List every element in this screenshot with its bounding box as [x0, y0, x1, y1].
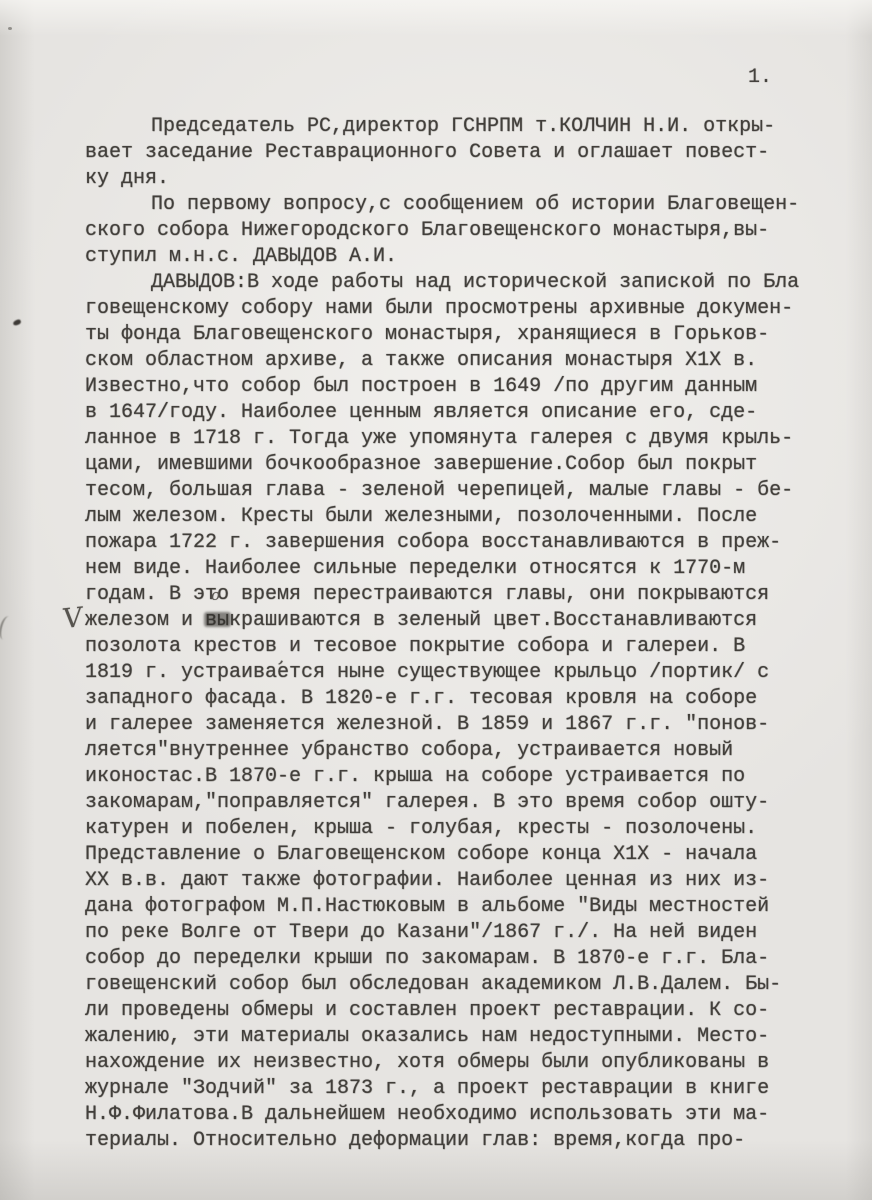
text-line: Н.Ф.Филатова.В дальнейшем необходимо исп… [85, 1102, 815, 1128]
text-line: иконостас.В 1870-е г.г. крыша на соборе … [85, 764, 815, 790]
text-block: Председатель РС,директор ГСНРПМ т.КОЛЧИН… [85, 114, 815, 1154]
text-line: Известно,что собор был построен в 1649 /… [85, 374, 815, 400]
text-line: 1819 г. устраивается ныне существующее к… [85, 660, 815, 686]
text-line: годам. В это время перестраиваются главы… [85, 582, 815, 608]
text-line: закомарам,"поправляется" галерея. В это … [85, 790, 815, 816]
text-line: западного фасада. В 1820-е г.г. тесовая … [85, 686, 815, 712]
text-line: ку дня. [85, 166, 815, 192]
text-line: Председатель РС,директор ГСНРПМ т.КОЛЧИН… [85, 114, 815, 140]
text-line: ДАВЫДОВ:В ходе работы над исторической з… [85, 270, 815, 296]
text-line: Представление о Благовещенском соборе ко… [85, 842, 815, 868]
text-line: вает заседание Реставрационного Совета и… [85, 140, 815, 166]
scan-speck [8, 27, 12, 30]
paragraph: По первому вопросу,с сообщением об истор… [85, 192, 815, 270]
text-line: и галерее заменяется железной. В 1859 и … [85, 712, 815, 738]
text-line: ли проведены обмеры и составлен проект р… [85, 998, 815, 1024]
text-line: ском областном архиве, а также описания … [85, 348, 815, 374]
text-line: в 1647/году. Наиболее ценным является оп… [85, 400, 815, 426]
text-line: журнале "Зодчий" за 1873 г., а проект ре… [85, 1076, 815, 1102]
text-line: По первому вопросу,с сообщением об истор… [85, 192, 815, 218]
text-line: ланное в 1718 г. Тогда уже упомянута гал… [85, 426, 815, 452]
text-line: по реке Волге от Твери до Казани"/1867 г… [85, 920, 815, 946]
margin-checkmark: V [63, 602, 82, 635]
overstrike-smudge [204, 612, 231, 627]
text-line: говещенскому собору нами были просмотрен… [85, 296, 815, 322]
paragraph: ДАВЫДОВ:В ходе работы над исторической з… [85, 270, 815, 1154]
text-line: цами, имевшими бочкообразное завершение.… [85, 452, 815, 478]
text-line: ступил м.н.с. ДАВЫДОВ А.И. [85, 244, 815, 270]
handwritten-correction: о [211, 586, 220, 604]
text-line: ты фонда Благовещенского монастыря, хран… [85, 322, 815, 348]
paragraph: Председатель РС,директор ГСНРПМ т.КОЛЧИН… [85, 114, 815, 192]
text-line: позолота крестов и тесовое покрытие собо… [85, 634, 815, 660]
text-line: дана фотографом М.П.Настюковым в альбоме… [85, 894, 815, 920]
scanned-page: 1. Председатель РС,директор ГСНРПМ т.КОЛ… [0, 0, 872, 1200]
scan-speck [0, 615, 15, 641]
page-number: 1. [748, 66, 772, 89]
scan-speck [12, 319, 21, 326]
text-line: нем виде. Наиболее сильные переделки отн… [85, 556, 815, 582]
text-line: териалы. Относительно деформации глав: в… [85, 1128, 815, 1154]
text-line: говещенский собор был обследован академи… [85, 972, 815, 998]
text-line: ского собора Нижегородского Благовещенск… [85, 218, 815, 244]
text-line: тесом, большая глава - зеленой черепицей… [85, 478, 815, 504]
text-line: нахождение их неизвестно, хотя обмеры бы… [85, 1050, 815, 1076]
text-line: пожара 1722 г. завершения собора восстан… [85, 530, 815, 556]
text-line: ляется"внутреннее убранство собора, устр… [85, 738, 815, 764]
text-line: ХХ в.в. дают также фотографии. Наиболее … [85, 868, 815, 894]
text-line: лым железом. Кресты были железными, позо… [85, 504, 815, 530]
text-line: железом и выкрашиваются в зеленый цвет.В… [85, 608, 815, 634]
text-line: жалению, эти материалы оказались нам нед… [85, 1024, 815, 1050]
text-line: катурен и побелен, крыша - голубая, крес… [85, 816, 815, 842]
text-line: собор до переделки крыши по закомарам. В… [85, 946, 815, 972]
